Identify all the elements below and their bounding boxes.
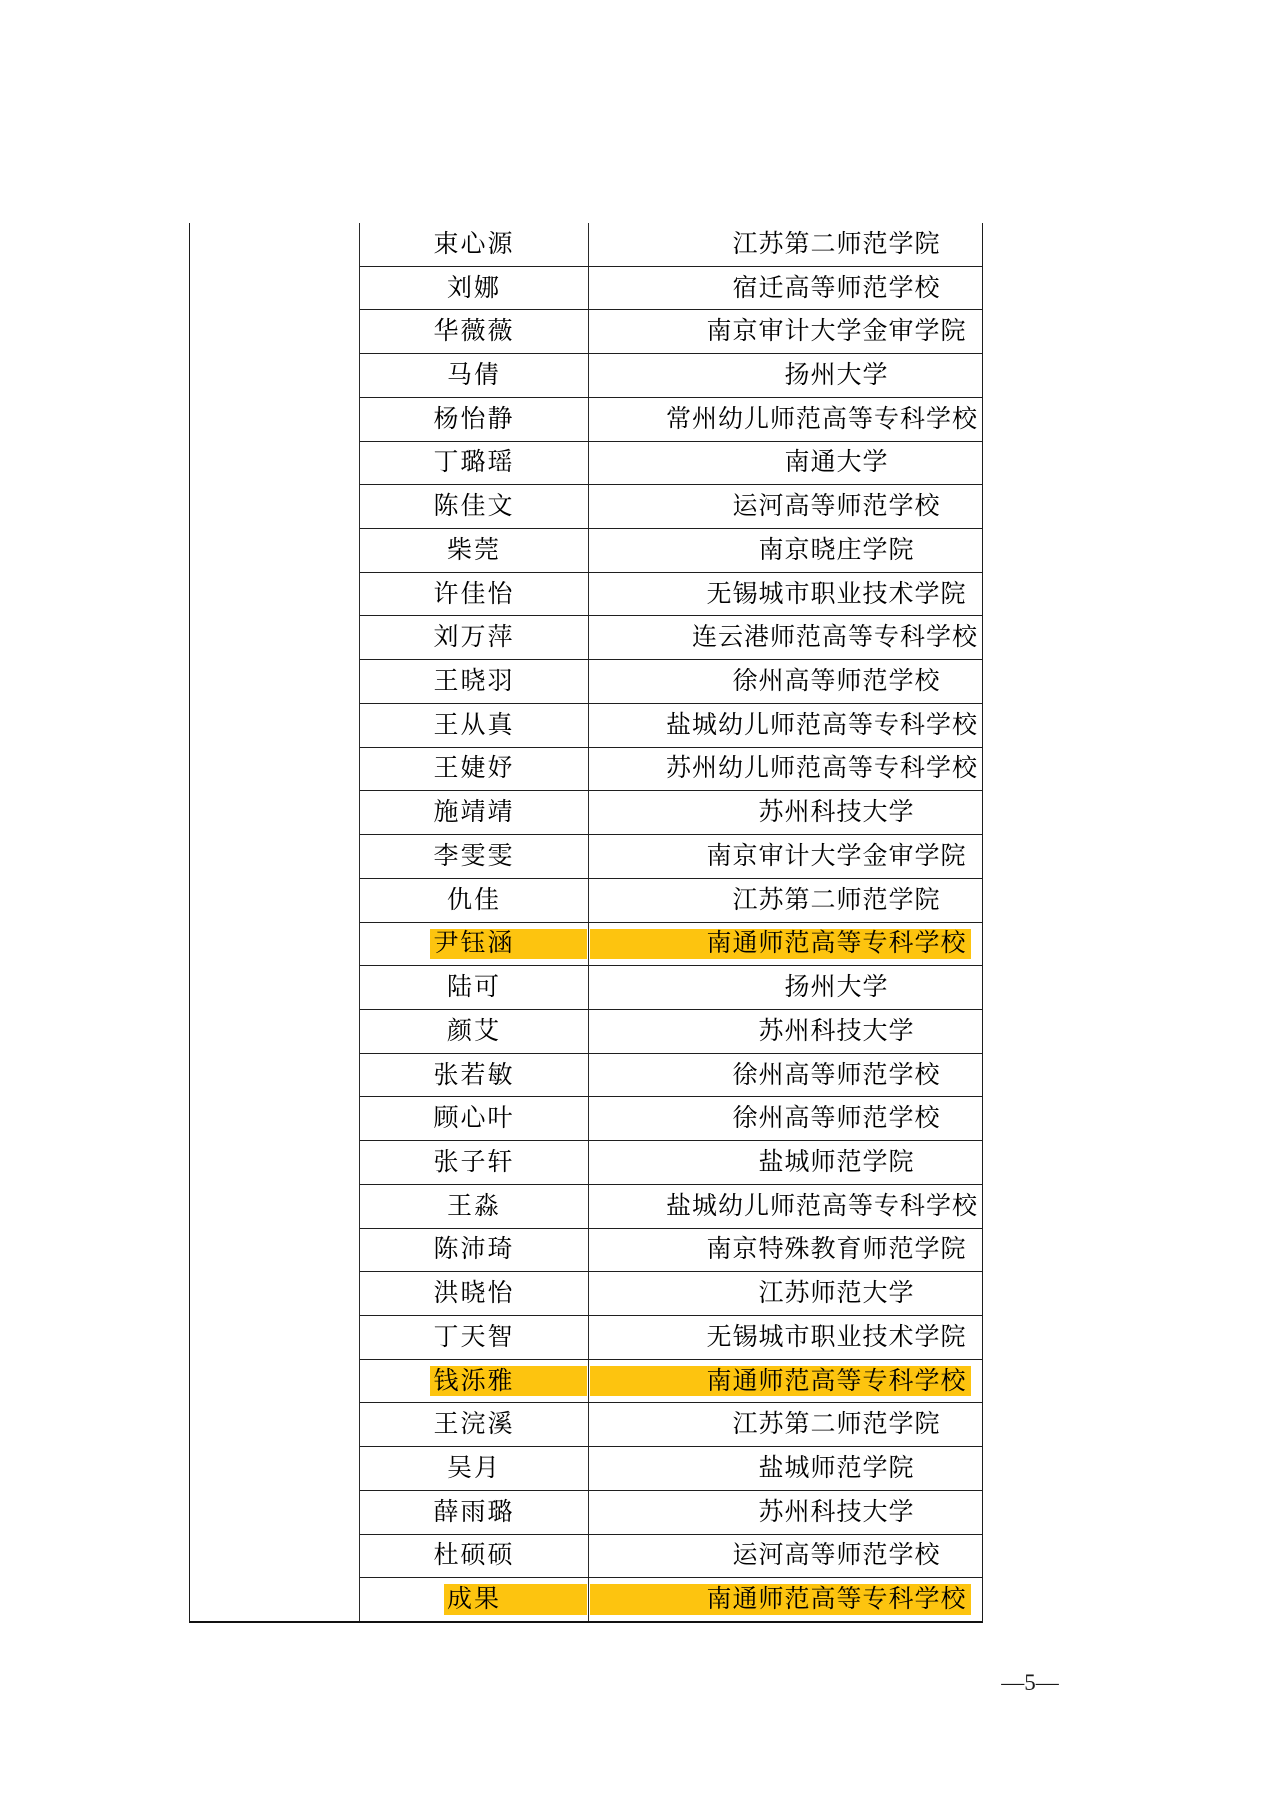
school-cell: 运河高等师范学校 bbox=[589, 1535, 982, 1578]
table-row: 许佳怡 无锡城市职业技术学院 bbox=[360, 573, 982, 617]
table-row: 刘万萍 连云港师范高等专科学校 bbox=[360, 616, 982, 660]
school-cell: 扬州大学 bbox=[589, 354, 982, 397]
school-cell: 南京审计大学金审学院 bbox=[589, 835, 982, 878]
table-row: 丁璐瑶 南通大学 bbox=[360, 442, 982, 486]
student-name: 丁璐瑶 bbox=[433, 450, 514, 475]
school-name: 苏州科技大学 bbox=[759, 1500, 915, 1525]
student-name: 吴月 bbox=[447, 1456, 501, 1481]
school-name: 江苏师范大学 bbox=[759, 1281, 915, 1306]
school-cell: 南京审计大学金审学院 bbox=[589, 310, 982, 353]
student-name: 杜硕硕 bbox=[433, 1543, 514, 1568]
school-cell: 江苏第二师范学院 bbox=[589, 223, 982, 266]
school-name: 扬州大学 bbox=[785, 363, 889, 388]
name-cell: 王浣溪 bbox=[360, 1403, 589, 1446]
name-cell: 柴莞 bbox=[360, 529, 589, 572]
school-name: 常州幼儿师范高等专科学校 bbox=[666, 407, 978, 432]
school-name: 徐州高等师范学校 bbox=[733, 1106, 941, 1131]
student-name: 王淼 bbox=[447, 1194, 501, 1219]
school-name: 南通师范高等专科学校 bbox=[707, 1587, 967, 1612]
student-name: 刘娜 bbox=[447, 276, 501, 301]
school-cell: 南京晓庄学院 bbox=[589, 529, 982, 572]
name-cell: 丁璐瑶 bbox=[360, 442, 589, 485]
student-name: 王浣溪 bbox=[433, 1412, 514, 1437]
table-row: 成果 南通师范高等专科学校 bbox=[360, 1578, 982, 1621]
school-cell: 江苏第二师范学院 bbox=[589, 879, 982, 922]
table-row: 洪晓怡 江苏师范大学 bbox=[360, 1272, 982, 1316]
school-cell: 连云港师范高等专科学校 bbox=[589, 616, 982, 659]
table-row: 王淼 盐城幼儿师范高等专科学校 bbox=[360, 1185, 982, 1229]
school-name: 南通师范高等专科学校 bbox=[707, 931, 967, 956]
name-cell: 杨怡静 bbox=[360, 398, 589, 441]
school-name: 南京审计大学金审学院 bbox=[707, 844, 967, 869]
school-cell: 常州幼儿师范高等专科学校 bbox=[589, 398, 982, 441]
student-name: 尹钰涵 bbox=[433, 931, 514, 956]
student-name: 柴莞 bbox=[447, 538, 501, 563]
name-cell: 陈沛琦 bbox=[360, 1229, 589, 1272]
student-name: 成果 bbox=[447, 1587, 501, 1612]
name-cell: 王淼 bbox=[360, 1185, 589, 1228]
school-cell: 苏州科技大学 bbox=[589, 1010, 982, 1053]
table-row: 马倩 扬州大学 bbox=[360, 354, 982, 398]
table-row: 束心源 江苏第二师范学院 bbox=[360, 223, 982, 267]
table-row: 王晓羽 徐州高等师范学校 bbox=[360, 660, 982, 704]
school-name: 江苏第二师范学院 bbox=[733, 1412, 941, 1437]
student-name: 陈佳文 bbox=[433, 494, 514, 519]
student-name: 杨怡静 bbox=[433, 407, 514, 432]
school-cell: 南通师范高等专科学校 bbox=[589, 923, 982, 966]
school-name: 徐州高等师范学校 bbox=[733, 1063, 941, 1088]
student-name: 王婕妤 bbox=[433, 756, 514, 781]
school-name: 南通大学 bbox=[785, 450, 889, 475]
table-row: 陈沛琦 南京特殊教育师范学院 bbox=[360, 1229, 982, 1273]
school-cell: 南通大学 bbox=[589, 442, 982, 485]
name-cell: 丁天智 bbox=[360, 1316, 589, 1359]
document-page: 束心源 江苏第二师范学院 刘娜 宿迁高等师范学校 华薇薇 南京审计大学金 bbox=[0, 0, 1280, 1811]
student-name: 丁天智 bbox=[433, 1325, 514, 1350]
name-cell: 施靖靖 bbox=[360, 791, 589, 834]
table-row: 吴月 盐城师范学院 bbox=[360, 1447, 982, 1491]
school-cell: 盐城幼儿师范高等专科学校 bbox=[589, 1185, 982, 1228]
school-cell: 无锡城市职业技术学院 bbox=[589, 1316, 982, 1359]
student-name: 洪晓怡 bbox=[433, 1281, 514, 1306]
table-row: 顾心叶 徐州高等师范学校 bbox=[360, 1097, 982, 1141]
table-row: 仇佳 江苏第二师范学院 bbox=[360, 879, 982, 923]
student-name: 李雯雯 bbox=[433, 844, 514, 869]
school-name: 宿迁高等师范学校 bbox=[733, 276, 941, 301]
table-row: 王从真 盐城幼儿师范高等专科学校 bbox=[360, 704, 982, 748]
school-name: 南京审计大学金审学院 bbox=[707, 319, 967, 344]
student-name: 陆可 bbox=[447, 975, 501, 1000]
name-cell: 张子轩 bbox=[360, 1141, 589, 1184]
student-name: 束心源 bbox=[433, 232, 514, 257]
student-name: 许佳怡 bbox=[433, 582, 514, 607]
name-cell: 刘万萍 bbox=[360, 616, 589, 659]
table-row: 陈佳文 运河高等师范学校 bbox=[360, 485, 982, 529]
school-cell: 盐城师范学院 bbox=[589, 1141, 982, 1184]
school-name: 无锡城市职业技术学院 bbox=[707, 1325, 967, 1350]
school-cell: 扬州大学 bbox=[589, 966, 982, 1009]
school-name: 盐城师范学院 bbox=[759, 1150, 915, 1175]
name-cell: 顾心叶 bbox=[360, 1097, 589, 1140]
school-name: 苏州科技大学 bbox=[759, 800, 915, 825]
name-cell: 李雯雯 bbox=[360, 835, 589, 878]
school-name: 盐城幼儿师范高等专科学校 bbox=[666, 1194, 978, 1219]
table-rows: 束心源 江苏第二师范学院 刘娜 宿迁高等师范学校 华薇薇 南京审计大学金 bbox=[360, 223, 982, 1621]
school-name: 盐城师范学院 bbox=[759, 1456, 915, 1481]
table-row: 张若敏 徐州高等师范学校 bbox=[360, 1054, 982, 1098]
table-row: 钱泺雅 南通师范高等专科学校 bbox=[360, 1360, 982, 1404]
student-name: 薛雨璐 bbox=[433, 1500, 514, 1525]
school-cell: 运河高等师范学校 bbox=[589, 485, 982, 528]
name-cell: 王晓羽 bbox=[360, 660, 589, 703]
table-row: 华薇薇 南京审计大学金审学院 bbox=[360, 310, 982, 354]
name-cell: 颜艾 bbox=[360, 1010, 589, 1053]
student-name: 张子轩 bbox=[433, 1150, 514, 1175]
school-name: 苏州科技大学 bbox=[759, 1019, 915, 1044]
name-cell: 薛雨璐 bbox=[360, 1491, 589, 1534]
school-name: 无锡城市职业技术学院 bbox=[707, 582, 967, 607]
school-cell: 苏州幼儿师范高等专科学校 bbox=[589, 748, 982, 791]
school-name: 南通师范高等专科学校 bbox=[707, 1369, 967, 1394]
table-row: 丁天智 无锡城市职业技术学院 bbox=[360, 1316, 982, 1360]
table-row: 柴莞 南京晓庄学院 bbox=[360, 529, 982, 573]
school-cell: 盐城师范学院 bbox=[589, 1447, 982, 1490]
table-row: 薛雨璐 苏州科技大学 bbox=[360, 1491, 982, 1535]
name-cell: 洪晓怡 bbox=[360, 1272, 589, 1315]
school-cell: 宿迁高等师范学校 bbox=[589, 267, 982, 310]
student-name: 刘万萍 bbox=[433, 625, 514, 650]
name-cell: 钱泺雅 bbox=[360, 1360, 589, 1403]
name-cell: 仇佳 bbox=[360, 879, 589, 922]
student-name: 钱泺雅 bbox=[433, 1369, 514, 1394]
table-row: 陆可 扬州大学 bbox=[360, 966, 982, 1010]
school-cell: 南通师范高等专科学校 bbox=[589, 1360, 982, 1403]
table-row: 尹钰涵 南通师范高等专科学校 bbox=[360, 923, 982, 967]
school-cell: 南通师范高等专科学校 bbox=[589, 1578, 982, 1621]
table-row: 张子轩 盐城师范学院 bbox=[360, 1141, 982, 1185]
name-cell: 张若敏 bbox=[360, 1054, 589, 1097]
school-name: 扬州大学 bbox=[785, 975, 889, 1000]
student-name: 陈沛琦 bbox=[433, 1237, 514, 1262]
school-name: 连云港师范高等专科学校 bbox=[692, 625, 978, 650]
name-cell: 王从真 bbox=[360, 704, 589, 747]
student-name: 华薇薇 bbox=[433, 319, 514, 344]
table-row: 王浣溪 江苏第二师范学院 bbox=[360, 1403, 982, 1447]
name-cell: 吴月 bbox=[360, 1447, 589, 1490]
name-cell: 马倩 bbox=[360, 354, 589, 397]
student-name: 顾心叶 bbox=[433, 1106, 514, 1131]
name-cell: 华薇薇 bbox=[360, 310, 589, 353]
student-name: 王从真 bbox=[433, 713, 514, 738]
table-row: 刘娜 宿迁高等师范学校 bbox=[360, 267, 982, 311]
table-row: 颜艾 苏州科技大学 bbox=[360, 1010, 982, 1054]
student-school-table: 束心源 江苏第二师范学院 刘娜 宿迁高等师范学校 华薇薇 南京审计大学金 bbox=[189, 223, 983, 1623]
table-row: 杨怡静 常州幼儿师范高等专科学校 bbox=[360, 398, 982, 442]
school-name: 南京晓庄学院 bbox=[759, 538, 915, 563]
school-name: 盐城幼儿师范高等专科学校 bbox=[666, 713, 978, 738]
name-cell: 刘娜 bbox=[360, 267, 589, 310]
table-row: 王婕妤 苏州幼儿师范高等专科学校 bbox=[360, 748, 982, 792]
school-cell: 无锡城市职业技术学院 bbox=[589, 573, 982, 616]
school-cell: 南京特殊教育师范学院 bbox=[589, 1229, 982, 1272]
school-cell: 苏州科技大学 bbox=[589, 791, 982, 834]
school-cell: 徐州高等师范学校 bbox=[589, 660, 982, 703]
school-name: 南京特殊教育师范学院 bbox=[707, 1237, 967, 1262]
name-cell: 许佳怡 bbox=[360, 573, 589, 616]
table-row: 施靖靖 苏州科技大学 bbox=[360, 791, 982, 835]
school-name: 江苏第二师范学院 bbox=[733, 888, 941, 913]
school-name: 运河高等师范学校 bbox=[733, 1543, 941, 1568]
school-cell: 盐城幼儿师范高等专科学校 bbox=[589, 704, 982, 747]
name-cell: 杜硕硕 bbox=[360, 1535, 589, 1578]
school-name: 运河高等师范学校 bbox=[733, 494, 941, 519]
school-cell: 苏州科技大学 bbox=[589, 1491, 982, 1534]
merged-left-cell bbox=[190, 223, 360, 1621]
name-cell: 成果 bbox=[360, 1578, 589, 1621]
table-row: 杜硕硕 运河高等师范学校 bbox=[360, 1535, 982, 1579]
student-name: 仇佳 bbox=[447, 888, 501, 913]
school-cell: 江苏师范大学 bbox=[589, 1272, 982, 1315]
page-number: —5— bbox=[965, 1670, 1095, 1696]
school-name: 苏州幼儿师范高等专科学校 bbox=[666, 756, 978, 781]
student-name: 颜艾 bbox=[447, 1019, 501, 1044]
name-cell: 陆可 bbox=[360, 966, 589, 1009]
student-name: 张若敏 bbox=[433, 1063, 514, 1088]
student-name: 施靖靖 bbox=[433, 800, 514, 825]
school-cell: 江苏第二师范学院 bbox=[589, 1403, 982, 1446]
school-name: 江苏第二师范学院 bbox=[733, 232, 941, 257]
student-name: 王晓羽 bbox=[433, 669, 514, 694]
name-cell: 王婕妤 bbox=[360, 748, 589, 791]
school-name: 徐州高等师范学校 bbox=[733, 669, 941, 694]
school-cell: 徐州高等师范学校 bbox=[589, 1097, 982, 1140]
school-cell: 徐州高等师范学校 bbox=[589, 1054, 982, 1097]
name-cell: 尹钰涵 bbox=[360, 923, 589, 966]
student-name: 马倩 bbox=[447, 363, 501, 388]
name-cell: 陈佳文 bbox=[360, 485, 589, 528]
table-row: 李雯雯 南京审计大学金审学院 bbox=[360, 835, 982, 879]
name-cell: 束心源 bbox=[360, 223, 589, 266]
